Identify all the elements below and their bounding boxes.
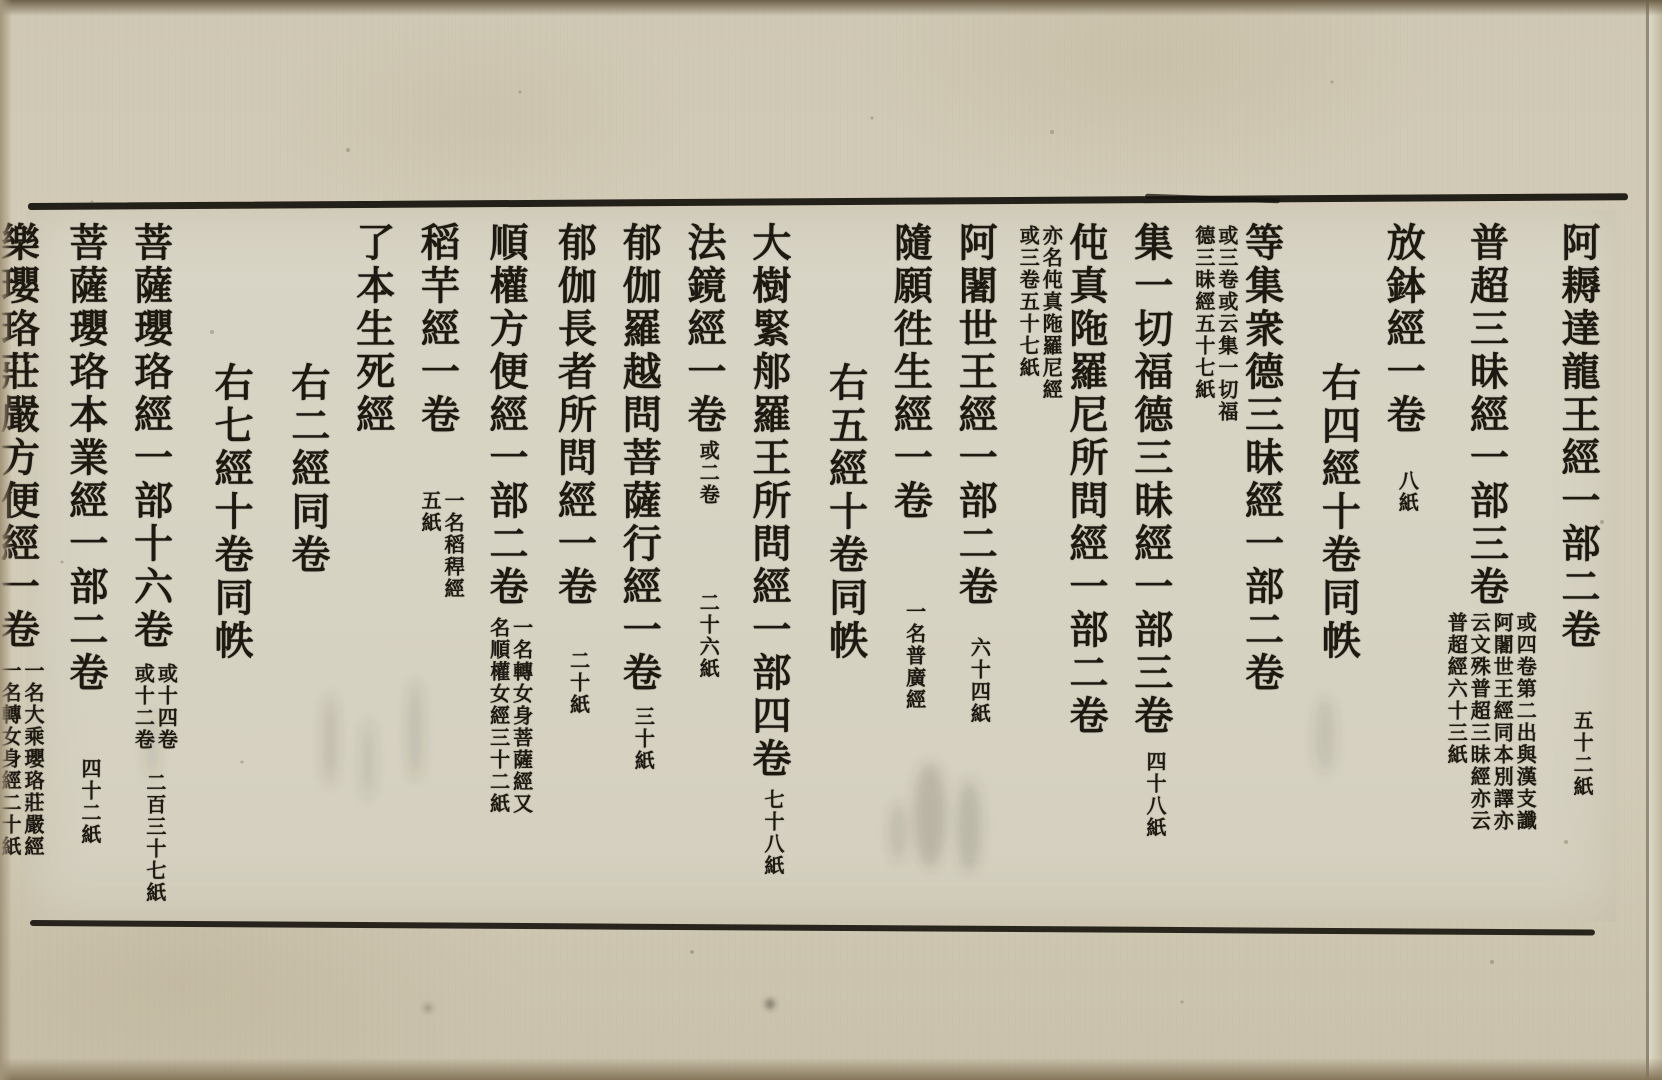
spacer bbox=[1084, 738, 1086, 748]
sheet-count-note: 二十六紙 bbox=[695, 592, 718, 680]
sutra-title: 稻芉經一卷 bbox=[416, 222, 459, 437]
sutra-title: 阿耨達龍王經一部二卷 bbox=[1556, 222, 1599, 652]
sutra-title: 郁伽長者所問經一卷 bbox=[552, 222, 595, 609]
sheet-count-note: 六十四紙 bbox=[966, 637, 989, 725]
sheet-count-note: 五十二紙 bbox=[1569, 710, 1592, 798]
sheet-count-note: 二百三十七紙 bbox=[142, 772, 165, 904]
catalog-entry-column-16: 稻芉經一卷一名稻稈經五紙 bbox=[413, 222, 463, 915]
catalog-entry-column-17: 了本生死經 bbox=[348, 222, 395, 915]
catalog-text-block: 阿耨達龍王經一部二卷五十二紙普超三昧經一部三卷或四卷第二出與漢支讖阿闍世王經同本… bbox=[0, 222, 1600, 915]
spacer bbox=[149, 652, 151, 660]
catalog-entry-column-15: 順權方便經一部二卷一名轉女身菩薩經又名順權女經三十二紙 bbox=[481, 222, 531, 915]
sutra-title: 菩薩瓔珞經一部十六卷 bbox=[129, 222, 172, 652]
sutra-title: 法鏡經一卷 bbox=[682, 222, 725, 437]
catalog-entry-column-3: 放鉢經一卷八紙 bbox=[1378, 222, 1425, 915]
sheet-count-note: 四十二紙 bbox=[77, 758, 100, 846]
sheet-count-note: 四十八紙 bbox=[1142, 751, 1165, 839]
variant-note: 亦名伅真陁羅尼經或三卷五十七紙 bbox=[1015, 225, 1061, 405]
sutra-title: 集一切福德三昧經一部三卷 bbox=[1129, 222, 1172, 738]
paper-left-edge bbox=[0, 0, 12, 1080]
catalog-entry-column-11: 大樹緊郍羅王所問經一部四卷七十八紙 bbox=[744, 222, 791, 915]
variant-note: 或二卷 bbox=[695, 440, 718, 506]
spacer bbox=[637, 695, 639, 703]
paper-bottom-edge bbox=[0, 1058, 1662, 1080]
spacer bbox=[908, 523, 910, 598]
sutra-title: 菩薩瓔珞本業經一部二卷 bbox=[64, 222, 107, 695]
tally-column-10: 右五經十卷同帙 bbox=[821, 222, 868, 1055]
sutra-title: 等集衆德三昧經一部二卷 bbox=[1240, 222, 1283, 695]
spacer bbox=[973, 609, 975, 634]
sutra-title: 普超三昧經一部三卷 bbox=[1465, 222, 1508, 609]
variant-note: 一名轉女身菩薩經又名順權女經三十二紙 bbox=[486, 617, 532, 822]
spacer bbox=[572, 609, 574, 647]
tally-column-18: 右二經同卷 bbox=[283, 222, 330, 1055]
spacer bbox=[1401, 437, 1403, 467]
catalog-entry-column-6: 集一切福德三昧經一部三卷四十八紙 bbox=[1126, 222, 1173, 915]
sutra-title: 郁伽羅越問菩薩行經一卷 bbox=[617, 222, 660, 695]
spacer bbox=[504, 609, 506, 614]
catalog-entry-column-20: 菩薩瓔珞經一部十六卷或十四卷或十二卷二百三十七紙 bbox=[126, 222, 176, 915]
catalog-entry-column-13: 郁伽羅越問菩薩行經一卷三十紙 bbox=[614, 222, 661, 915]
catalog-entry-column-8: 阿闍世王經一部二卷六十四紙 bbox=[950, 222, 997, 915]
variant-note: 或三卷或云集一切福德三昧經五十七紙 bbox=[1191, 225, 1237, 425]
paper-right-edge bbox=[1649, 0, 1662, 1080]
tally-line: 右二經同卷 bbox=[286, 362, 329, 577]
sheet-count-note: 三十紙 bbox=[630, 706, 653, 772]
manuscript-scan: { "document": { "columns": [ {"kind":"en… bbox=[0, 0, 1662, 1080]
sutra-title: 伅真陁羅尼所問經一部二卷 bbox=[1064, 222, 1107, 738]
catalog-entry-column-2: 普超三昧經一部三卷或四卷第二出與漢支讖阿闍世王經同本別譯亦云文殊普超三昧經亦云普… bbox=[1443, 222, 1535, 915]
sutra-title: 了本生死經 bbox=[351, 222, 394, 437]
spacer bbox=[1576, 652, 1578, 707]
sutra-title: 大樹緊郍羅王所問經一部四卷 bbox=[747, 222, 790, 781]
spacer bbox=[767, 781, 769, 786]
sheet-count-note: 八紙 bbox=[1394, 470, 1417, 514]
catalog-entry-column-14: 郁伽長者所問經一卷二十紙 bbox=[550, 222, 597, 915]
sutra-title: 阿闍世王經一部二卷 bbox=[953, 222, 996, 609]
tally-column-19: 右七經十卷同帙 bbox=[206, 222, 253, 1055]
catalog-entry-column-7: 伅真陁羅尼所問經一部二卷亦名伅真陁羅尼經或三卷五十七紙 bbox=[1015, 222, 1108, 915]
tally-line: 右四經十卷同帙 bbox=[1316, 362, 1359, 663]
variant-note: 或四卷第二出與漢支讖阿闍世王經同本別譯亦云文殊普超三昧經亦云普超經六十三紙 bbox=[1443, 612, 1535, 837]
catalog-entry-column-1: 阿耨達龍王經一部二卷五十二紙 bbox=[1553, 222, 1600, 915]
paper-top-edge bbox=[0, 0, 1662, 16]
tally-column-4: 右四經十卷同帙 bbox=[1314, 222, 1361, 1055]
catalog-entry-column-12: 法鏡經一卷或二卷二十六紙 bbox=[679, 222, 726, 915]
sutra-title: 隨願徃生經一卷 bbox=[888, 222, 931, 523]
spacer bbox=[1149, 738, 1151, 748]
tally-line: 右七經十卷同帙 bbox=[209, 362, 252, 663]
catalog-entry-column-9: 隨願徃生經一卷一名普廣經 bbox=[886, 222, 933, 915]
variant-note: 一名稻稈經五紙 bbox=[417, 490, 463, 608]
sutra-title: 順權方便經一部二卷 bbox=[484, 222, 527, 609]
catalog-entry-column-21: 菩薩瓔珞本業經一部二卷四十二紙 bbox=[61, 222, 108, 915]
variant-note: 一名普廣經 bbox=[902, 601, 925, 711]
variant-note: 或十四卷或十二卷 bbox=[130, 663, 176, 758]
spacer bbox=[84, 695, 86, 755]
spacer bbox=[436, 437, 438, 487]
tally-line: 右五經十卷同帙 bbox=[824, 362, 867, 663]
sutra-title: 放鉢經一卷 bbox=[1381, 222, 1424, 437]
catalog-entry-column-5: 等集衆德三昧經一部二卷或三卷或云集一切福德三昧經五十七紙 bbox=[1191, 222, 1284, 915]
spacer bbox=[1260, 695, 1262, 713]
sheet-count-note: 二十紙 bbox=[566, 650, 589, 716]
spacer bbox=[15, 652, 17, 657]
spacer bbox=[149, 761, 151, 769]
spacer bbox=[702, 509, 704, 589]
sheet-count-note: 七十八紙 bbox=[760, 789, 783, 877]
